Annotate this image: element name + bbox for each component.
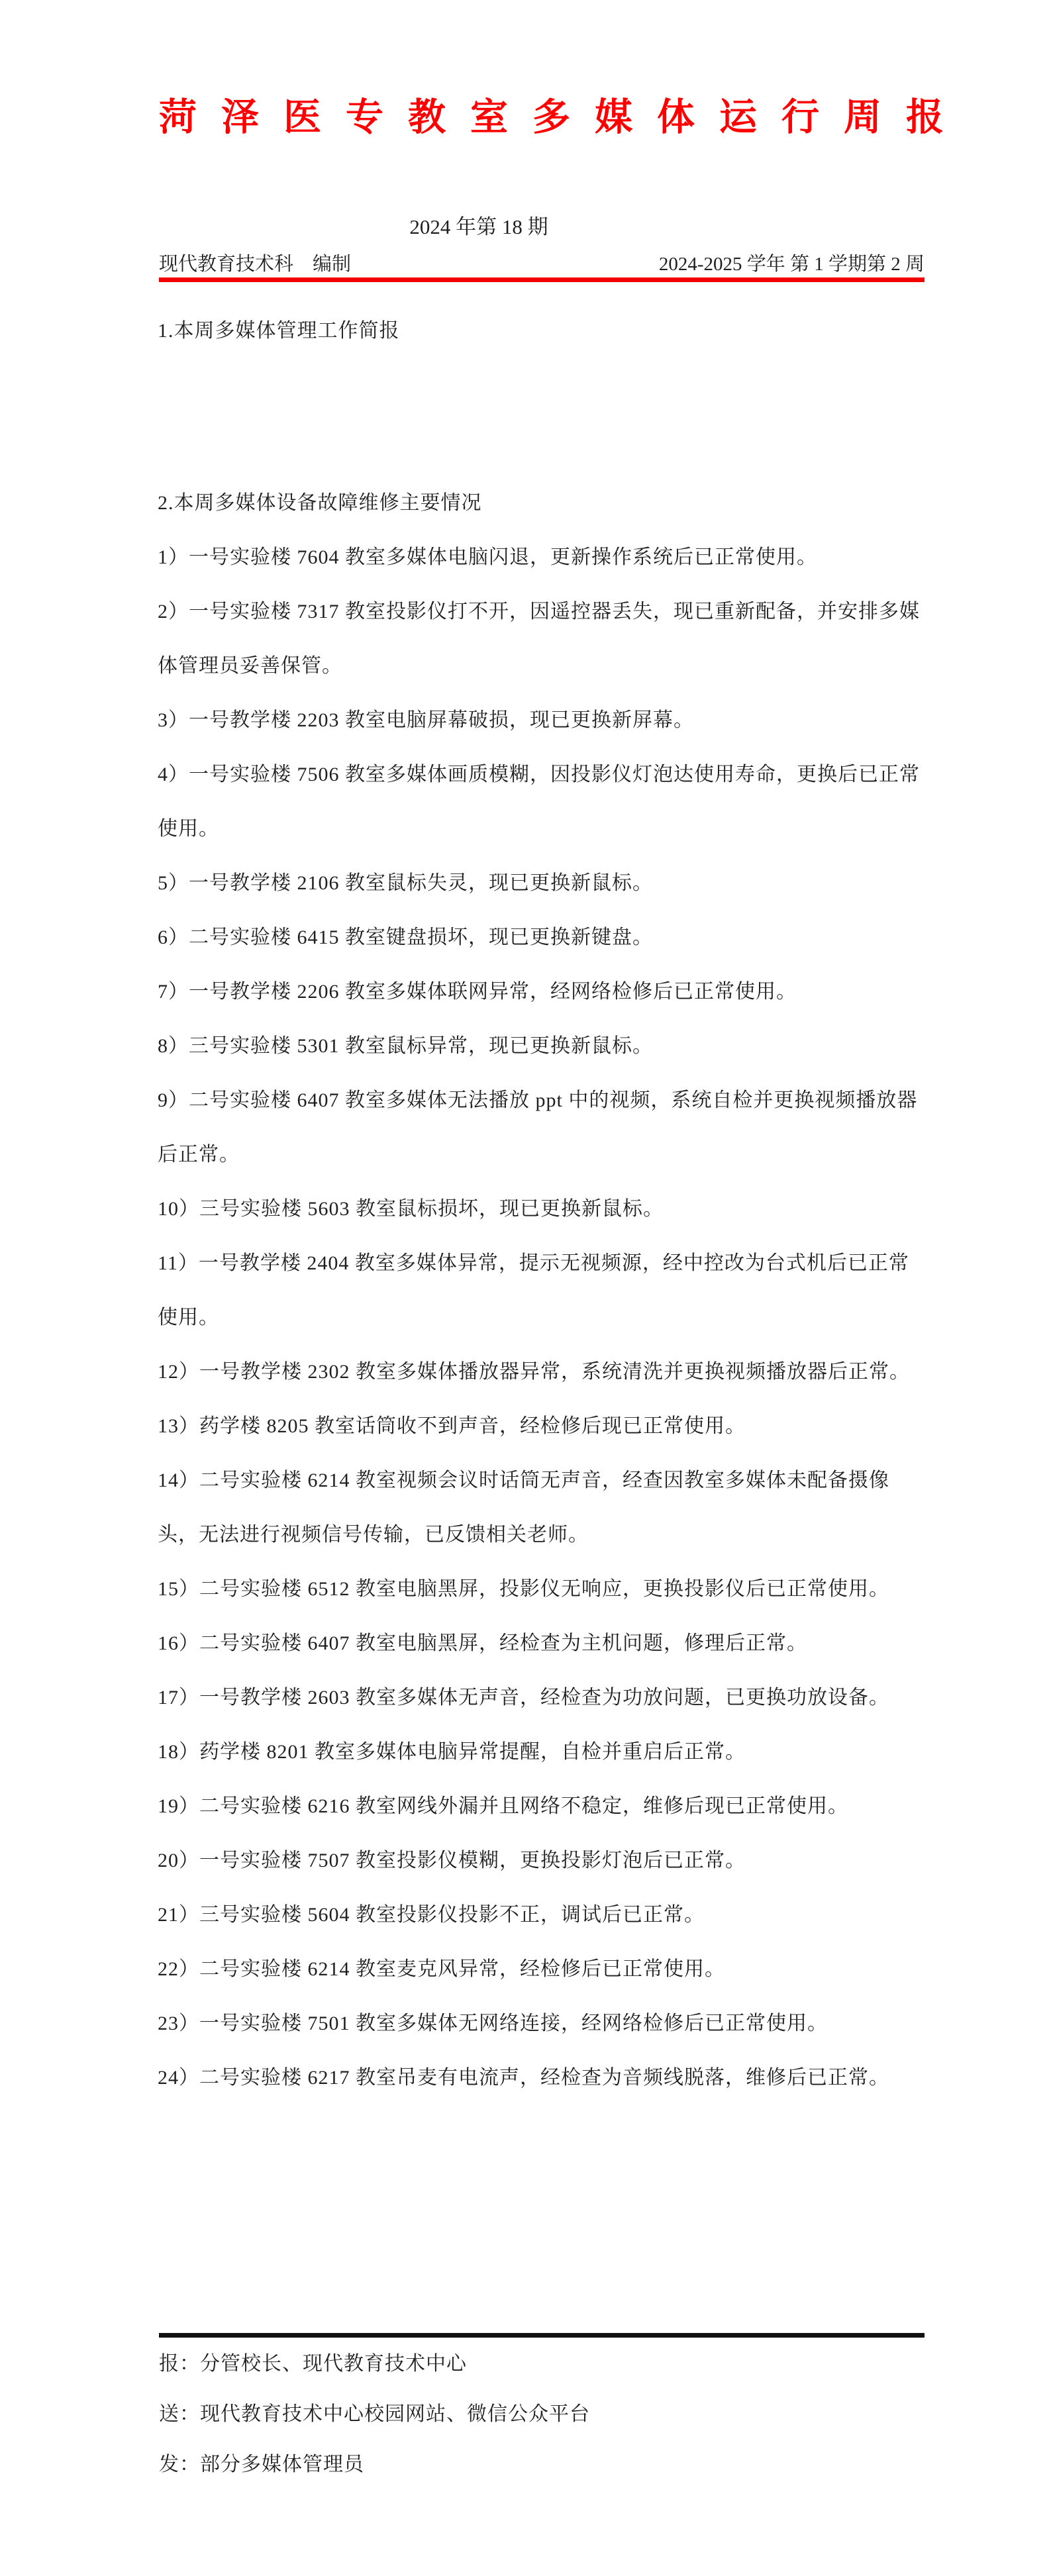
repair-item: 22）二号实验楼 6214 教室麦克风异常，经检修后已正常使用。 [158, 1942, 925, 1997]
distribution-block: 报：分管校长、现代教育技术中心 送：现代教育技术中心校园网站、微信公众平台 发：… [159, 2333, 925, 2490]
repair-item: 12）一号教学楼 2302 教室多媒体播放器异常，系统清洗并更换视频播放器后正常… [158, 1345, 925, 1399]
repair-item: 20）一号实验楼 7507 教室投影仪模糊，更换投影灯泡后已正常。 [158, 1834, 925, 1888]
repair-item: 17）一号教学楼 2603 教室多媒体无声音，经检查为功放问题，已更换功放设备。 [158, 1671, 925, 1725]
repair-item: 13）药学楼 8205 教室话筒收不到声音，经检修后现已正常使用。 [158, 1399, 925, 1454]
repair-item: 7）一号教学楼 2206 教室多媒体联网异常，经网络检修后已正常使用。 [158, 965, 925, 1019]
issue-to-line: 发：部分多媒体管理员 [159, 2440, 925, 2490]
repair-item: 2）一号实验楼 7317 教室投影仪打不开，因遥控器丢失，现已重新配备，并安排多… [158, 585, 925, 693]
repair-items-list: 1）一号实验楼 7604 教室多媒体电脑闪退，更新操作系统后已正常使用。2）一号… [158, 530, 925, 2105]
repair-item: 16）二号实验楼 6407 教室电脑黑屏，经检查为主机问题，修理后正常。 [158, 1616, 925, 1671]
repair-item: 11）一号教学楼 2404 教室多媒体异常，提示无视频源，经中控改为台式机后已正… [158, 1236, 925, 1345]
report-title: 菏泽医专教室多媒体运行周报 [159, 97, 925, 139]
repair-item: 6）二号实验楼 6415 教室键盘损坏，现已更换新键盘。 [158, 911, 925, 965]
issue-number: 2024 年第 18 期 [159, 213, 925, 241]
repair-item: 24）二号实验楼 6217 教室吊麦有电流声，经检查为音频线脱落，维修后已正常。 [158, 2051, 925, 2105]
report-body: 1.本周多媒体管理工作简报 2.本周多媒体设备故障维修主要情况 1）一号实验楼 … [158, 304, 925, 2105]
repair-item: 23）一号实验楼 7501 教室多媒体无网络连接，经网络检修后已正常使用。 [158, 1997, 925, 2051]
compiler-label: 现代教育技术科 编制 [159, 253, 351, 275]
repair-item: 8）三号实验楼 5301 教室鼠标异常，现已更换新鼠标。 [158, 1019, 925, 1073]
repair-item: 15）二号实验楼 6512 教室电脑黑屏，投影仪无响应，更换投影仪后已正常使用。 [158, 1562, 925, 1616]
repair-item: 4）一号实验楼 7506 教室多媒体画质模糊，因投影仪灯泡达使用寿命，更换后已正… [158, 748, 925, 856]
red-divider-line [159, 277, 925, 282]
repair-item: 3）一号教学楼 2203 教室电脑屏幕破损，现已更换新屏幕。 [158, 693, 925, 748]
repair-item: 14）二号实验楼 6214 教室视频会议时话筒无声音，经查因教室多媒体未配备摄像… [158, 1454, 925, 1562]
repair-item: 9）二号实验楼 6407 教室多媒体无法播放 ppt 中的视频，系统自检并更换视… [158, 1073, 925, 1182]
black-divider-line [159, 2333, 925, 2338]
repair-item: 10）三号实验楼 5603 教室鼠标损坏，现已更换新鼠标。 [158, 1182, 925, 1236]
report-to-line: 报：分管校长、现代教育技术中心 [159, 2339, 925, 2389]
term-week-label: 2024-2025 学年 第 1 学期第 2 周 [659, 253, 925, 275]
section1-heading: 1.本周多媒体管理工作简报 [158, 304, 925, 358]
repair-item: 5）一号教学楼 2106 教室鼠标失灵，现已更换新鼠标。 [158, 856, 925, 911]
send-to-line: 送：现代教育技术中心校园网站、微信公众平台 [159, 2389, 925, 2440]
repair-item: 21）三号实验楼 5604 教室投影仪投影不正，调试后已正常。 [158, 1888, 925, 1942]
masthead-row: 现代教育技术科 编制 2024-2025 学年 第 1 学期第 2 周 [159, 253, 925, 275]
repair-item: 19）二号实验楼 6216 教室网线外漏并且网络不稳定，维修后现已正常使用。 [158, 1779, 925, 1834]
section2-heading: 2.本周多媒体设备故障维修主要情况 [158, 476, 925, 530]
repair-item: 1）一号实验楼 7604 教室多媒体电脑闪退，更新操作系统后已正常使用。 [158, 530, 925, 585]
document-page: 菏泽医专教室多媒体运行周报 2024 年第 18 期 现代教育技术科 编制 20… [0, 0, 1051, 2576]
repair-item: 18）药学楼 8201 教室多媒体电脑异常提醒，自检并重启后正常。 [158, 1725, 925, 1779]
